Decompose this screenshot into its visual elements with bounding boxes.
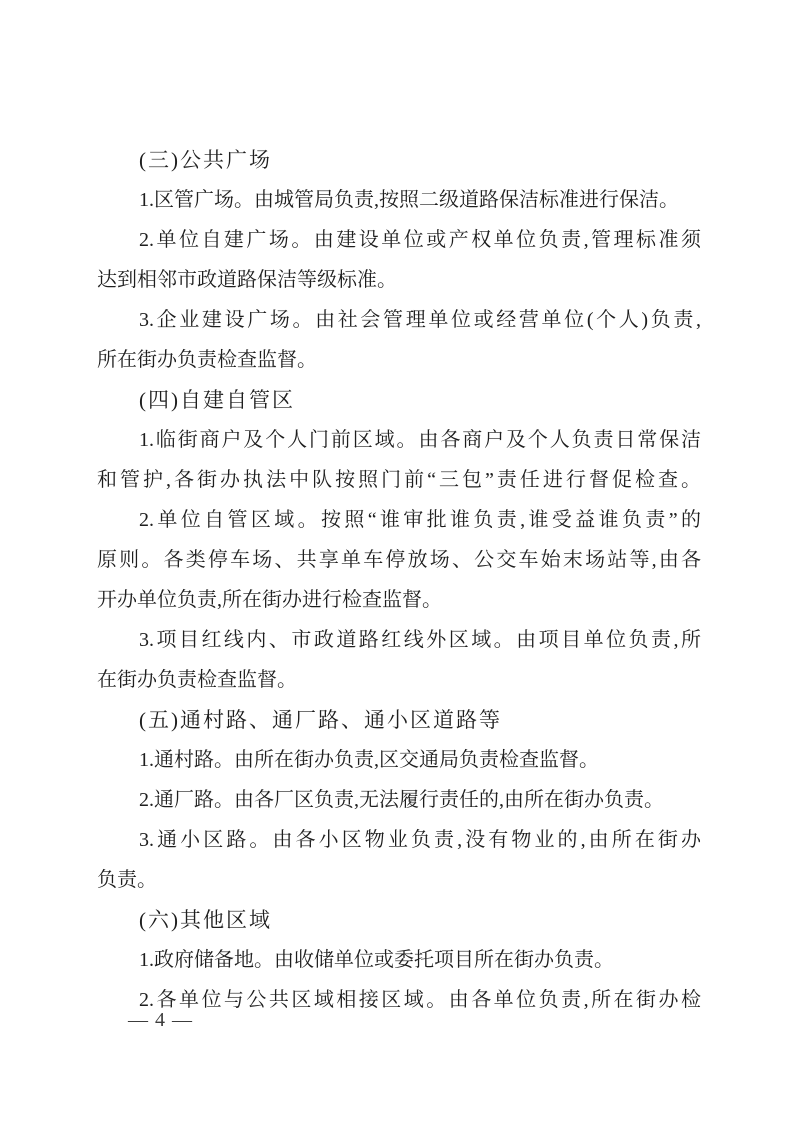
document-body: (三)公共广场 1.区管广场。由城管局负责,按照二级道路保洁标准进行保洁。 2.…	[97, 140, 701, 1020]
section-heading: (三)公共广场	[97, 140, 701, 180]
body-text-line: 所在街办负责检查监督。	[97, 340, 701, 380]
body-text-line: 3.企业建设广场。由社会管理单位或经营单位(个人)负责,	[97, 300, 701, 340]
body-text-line: 2.单位自管区域。按照“谁审批谁负责,谁受益谁负责”的	[97, 500, 701, 540]
body-text-line: 2.单位自建广场。由建设单位或产权单位负责,管理标准须	[97, 220, 701, 260]
body-text-line: 1.政府储备地。由收储单位或委托项目所在街办负责。	[97, 940, 701, 980]
section-heading: (五)通村路、通厂路、通小区道路等	[97, 700, 701, 740]
page-number: — 4 —	[128, 1003, 193, 1037]
document-page: (三)公共广场 1.区管广场。由城管局负责,按照二级道路保洁标准进行保洁。 2.…	[0, 0, 793, 1122]
body-text-line: 达到相邻市政道路保洁等级标准。	[97, 260, 701, 300]
body-text-line: 1.临街商户及个人门前区域。由各商户及个人负责日常保洁	[97, 420, 701, 460]
body-text-line: 和管护,各街办执法中队按照门前“三包”责任进行督促检查。	[97, 460, 701, 500]
body-text-line: 原则。各类停车场、共享单车停放场、公交车始末场站等,由各	[97, 540, 701, 580]
body-text-line: 负责。	[97, 860, 701, 900]
body-text-line: 1.区管广场。由城管局负责,按照二级道路保洁标准进行保洁。	[97, 180, 701, 220]
body-text-line: 1.通村路。由所在街办负责,区交通局负责检查监督。	[97, 740, 701, 780]
body-text-line: 3.通小区路。由各小区物业负责,没有物业的,由所在街办	[97, 820, 701, 860]
section-heading: (六)其他区域	[97, 900, 701, 940]
body-text-line: 开办单位负责,所在街办进行检查监督。	[97, 580, 701, 620]
body-text-line: 在街办负责检查监督。	[97, 660, 701, 700]
body-text-line: 3.项目红线内、市政道路红线外区域。由项目单位负责,所	[97, 620, 701, 660]
section-heading: (四)自建自管区	[97, 380, 701, 420]
body-text-line: 2.通厂路。由各厂区负责,无法履行责任的,由所在街办负责。	[97, 780, 701, 820]
